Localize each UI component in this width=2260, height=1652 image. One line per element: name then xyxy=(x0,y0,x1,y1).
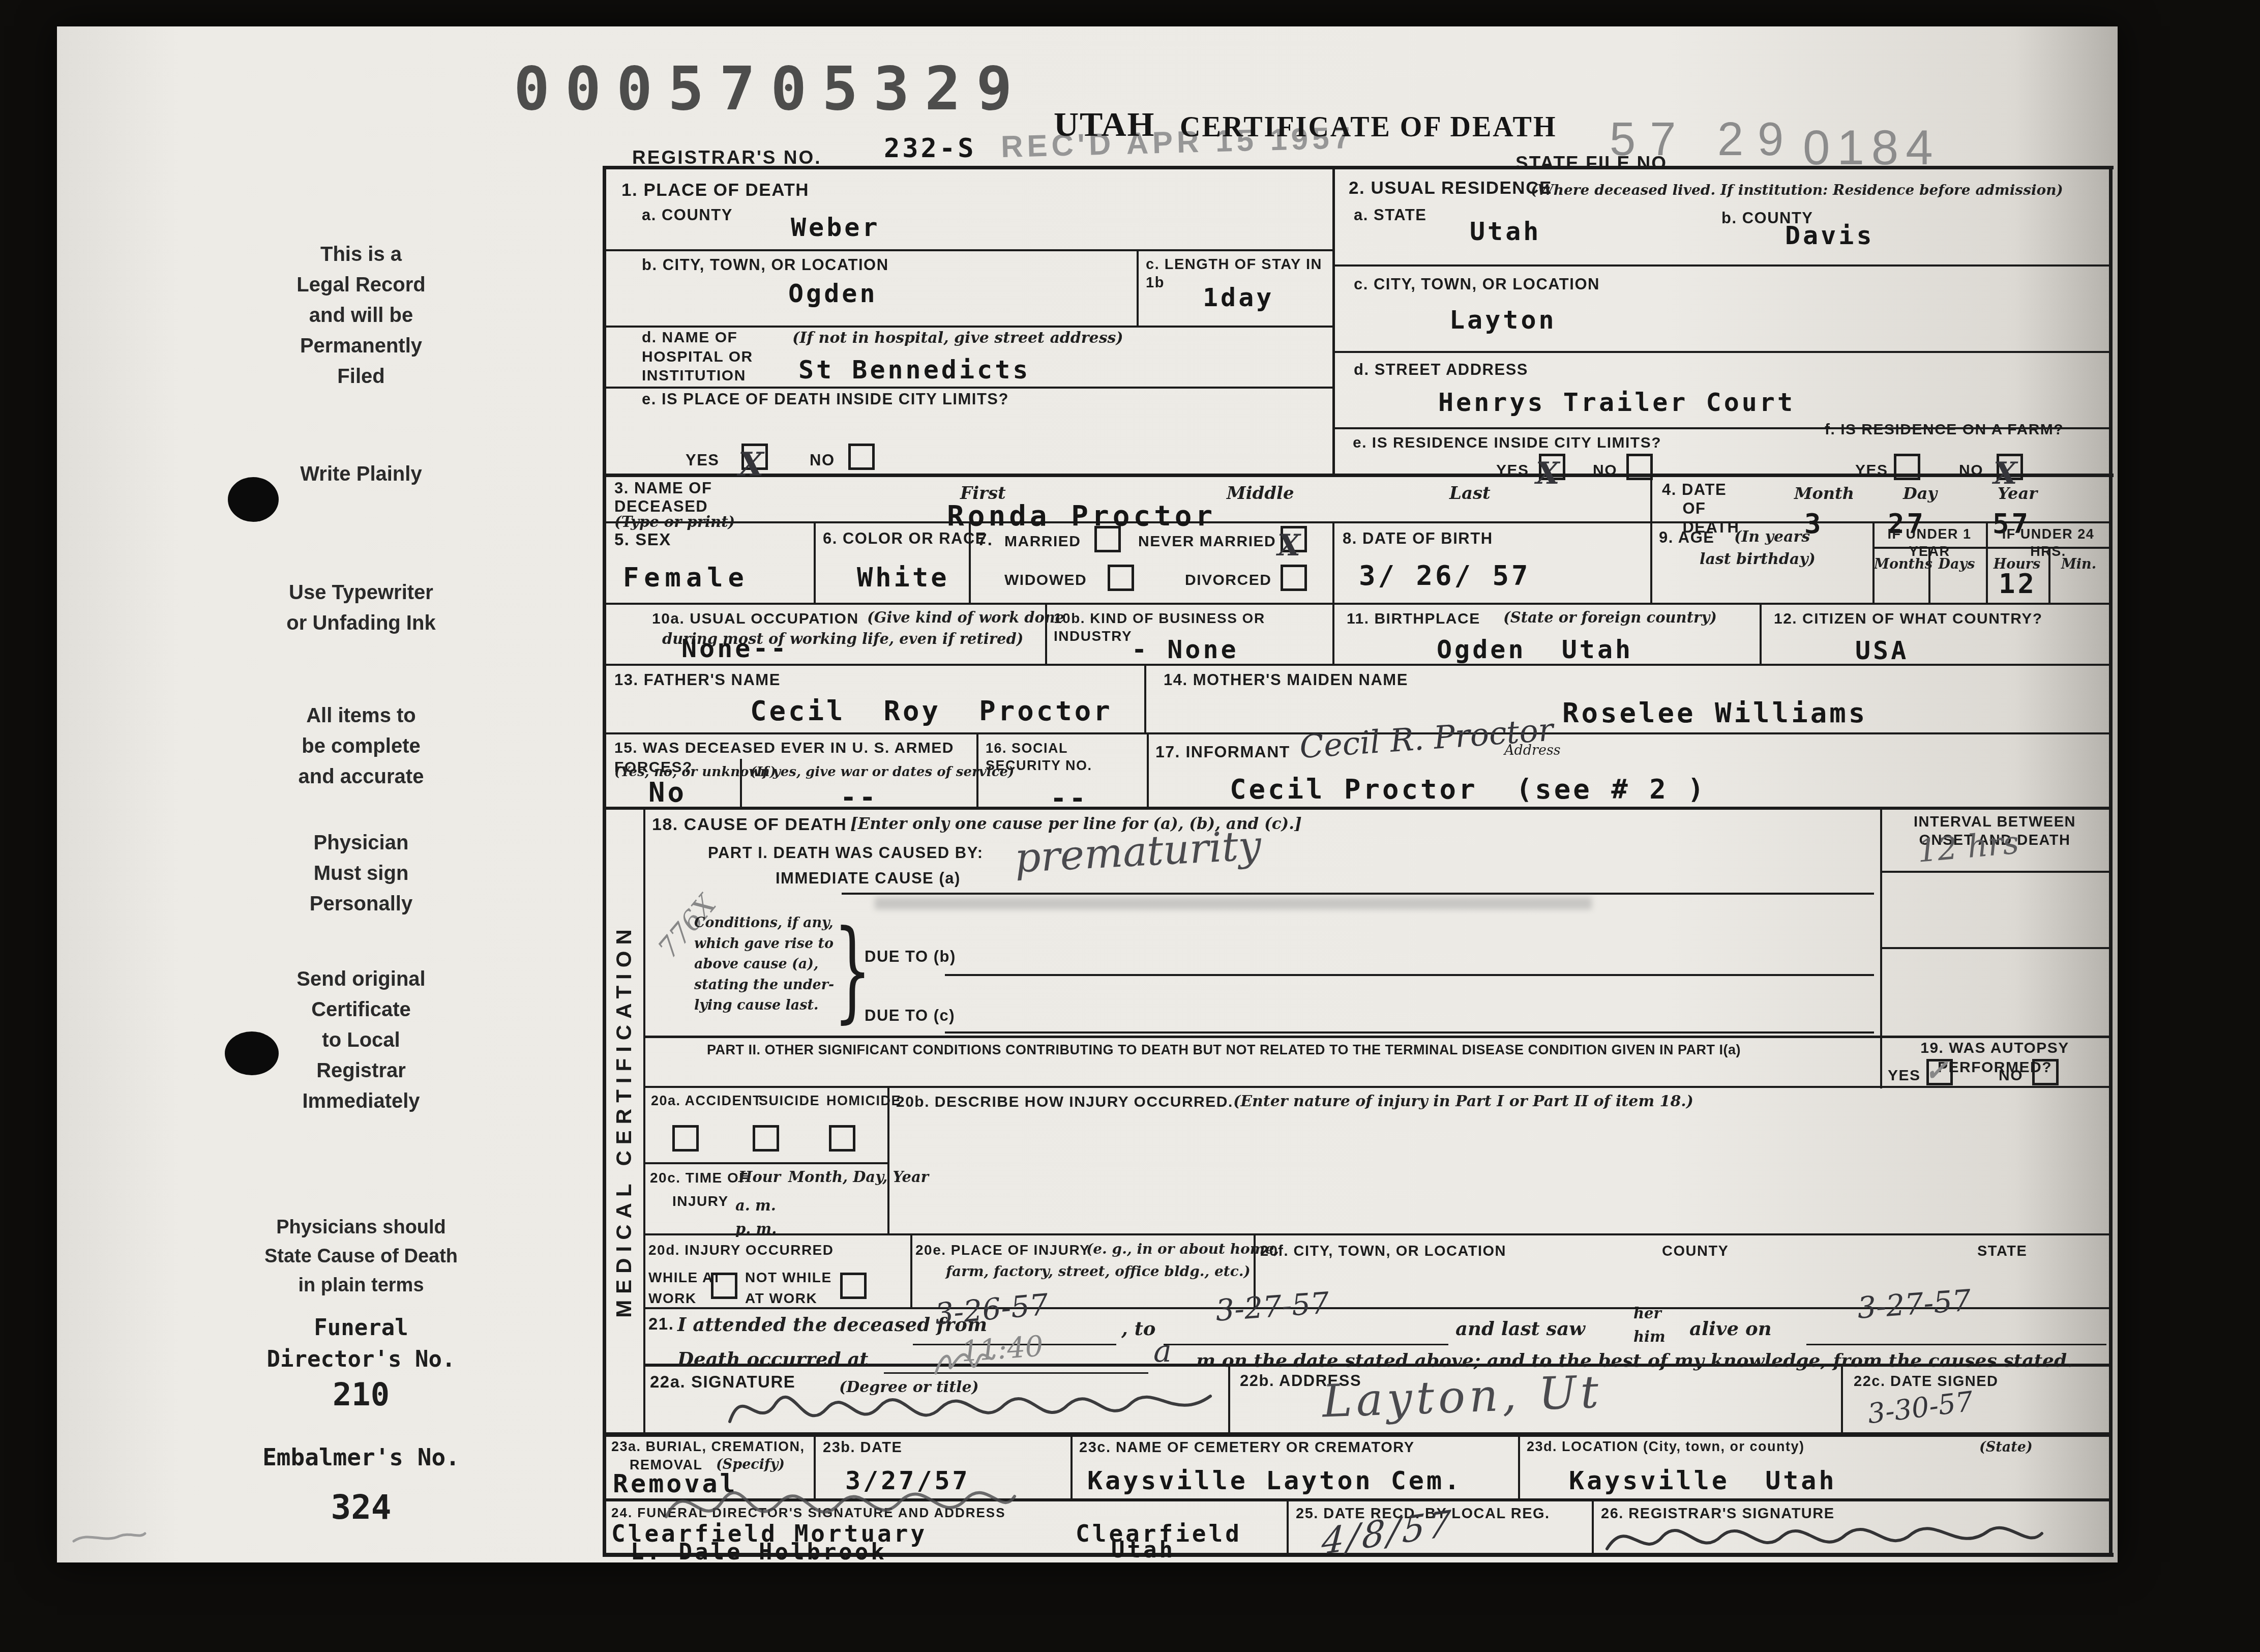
form-line xyxy=(1518,1432,1520,1500)
pencil-mark xyxy=(69,1521,150,1551)
field-4-year-label: Year xyxy=(1998,483,2037,505)
field-2d-label: d. STREET ADDRESS xyxy=(1354,360,1528,380)
field-21-him-label: him xyxy=(1633,1327,1666,1347)
registrar-no-value: 232-S xyxy=(884,133,976,164)
field-20b-hint: (Enter nature of injury in Part I or Par… xyxy=(1233,1091,1693,1111)
field-18-due-c-label: DUE TO (c) xyxy=(865,1006,955,1026)
field-12-label: 12. CITIZEN OF WHAT COUNTRY? xyxy=(1774,609,2043,629)
form-line xyxy=(603,249,1335,251)
field-11-label-hint: (State or foreign country) xyxy=(1503,608,1717,628)
field-1b-value: Ogden xyxy=(788,279,878,308)
field-1d-value: St Bennedicts xyxy=(798,355,1030,385)
field-15-value2: -- xyxy=(840,781,878,813)
field-7-divorced-label: DIVORCED xyxy=(1185,571,1271,590)
physician-signature xyxy=(722,1373,1221,1439)
embalmer-no-value: 324 xyxy=(203,1488,519,1527)
field-8-value: 3/ 26/ 57 xyxy=(1359,559,1531,592)
field-20a-homicide-checkbox xyxy=(829,1125,855,1152)
field-20c-pm-label: p. m. xyxy=(735,1220,777,1239)
field-9-months-label: Months xyxy=(1874,555,1927,573)
field-18-part2-label: PART II. OTHER SIGNIFICANT CONDITIONS CO… xyxy=(707,1042,1871,1059)
field-1d-hint: (If not in hospital, give street address… xyxy=(792,328,1123,348)
form-line xyxy=(1986,521,1988,605)
form-line xyxy=(644,1233,2110,1235)
field-21-text5: Death occurred at xyxy=(677,1347,868,1371)
field-20d-notwhile-checkbox xyxy=(840,1273,867,1299)
field-20d-notwhile-label: NOT WHILE AT WORK xyxy=(745,1267,832,1309)
field-23a-label: 23a. BURIAL, CREMATION, xyxy=(611,1438,805,1456)
field-2e-yes-mark: X xyxy=(1536,456,1560,491)
field-21-text3: and last saw xyxy=(1455,1316,1585,1341)
field-14-value: Roselee Williams xyxy=(1562,697,1867,729)
field-23b-label: 23b. DATE xyxy=(823,1438,902,1457)
margin-note-cause: Physicians should State Cause of Death i… xyxy=(168,1213,554,1300)
field-9-label-hint1: (In years xyxy=(1734,527,1810,547)
field-15-value1: No xyxy=(648,776,687,808)
form-line xyxy=(1841,1364,1843,1434)
field-18-title: 18. CAUSE OF DEATH xyxy=(652,814,847,836)
field-2f-yes-label: YES xyxy=(1855,461,1888,480)
field-1e-yes-mark: X xyxy=(738,446,764,484)
field-2e-label: e. IS RESIDENCE INSIDE CITY LIMITS? xyxy=(1353,433,1661,453)
field-7-never-married-label: NEVER MARRIED xyxy=(1138,532,1276,551)
margin-note-physician: Physician Must sign Personally xyxy=(203,828,519,919)
field-23d-value: Kaysville Utah xyxy=(1569,1466,1837,1495)
field-24-line4: Utah xyxy=(1111,1537,1175,1563)
form-line xyxy=(1880,871,2110,873)
funeral-director-no-value: 210 xyxy=(203,1376,519,1413)
stamped-control-number: 0005705329 xyxy=(514,53,1027,124)
field-18-due-b-label: DUE TO (b) xyxy=(865,947,956,967)
field-7-divorced-checkbox xyxy=(1281,565,1307,591)
page-title: CERTIFICATE OF DEATH xyxy=(1180,111,1557,143)
form-line xyxy=(814,521,816,605)
field-23c-value: Kaysville Layton Cem. xyxy=(1087,1466,1462,1495)
blank-line xyxy=(1806,1344,2106,1345)
field-7-married-label: MARRIED xyxy=(1004,532,1081,551)
cause-c-writing-line xyxy=(945,1031,1874,1034)
field-20f-county-label: COUNTY xyxy=(1662,1242,1729,1260)
field-22b-value: Layton, Ut xyxy=(1321,1365,1603,1427)
field-9-hours-value: 12 xyxy=(1999,568,2037,600)
field-20a-suicide-checkbox xyxy=(753,1125,779,1152)
field-22c-label: 22c. DATE SIGNED xyxy=(1854,1372,1999,1391)
field-2e-no-label: NO xyxy=(1593,461,1617,480)
field-2f-yes-checkbox xyxy=(1894,454,1920,480)
field-20e-label: 20e. PLACE OF INJURY xyxy=(915,1241,1090,1259)
field-19-yes-mark: ✓ xyxy=(1924,1054,1948,1087)
field-2c-label: c. CITY, TOWN, OR LOCATION xyxy=(1354,275,1600,294)
field-2-title-hint: (Where deceased lived. If institution: R… xyxy=(1531,181,2105,199)
scanned-death-certificate: 0005705329 REGISTRAR'S NO. 232-S REC'D A… xyxy=(0,0,2260,1652)
field-2d-value: Henrys Trailer Court xyxy=(1438,388,1795,417)
form-line xyxy=(1332,166,1335,476)
field-7-widowed-checkbox xyxy=(1108,565,1134,591)
death-ampm-value: a xyxy=(1153,1334,1172,1369)
field-19-no-label: NO xyxy=(1999,1066,2023,1085)
cause-a-writing-line xyxy=(842,893,1874,895)
field-18-part1-label: PART I. DEATH WAS CAUSED BY: xyxy=(708,843,983,863)
field-17-value: Cecil Proctor (see # 2 ) xyxy=(1230,773,1707,805)
field-2e-yes-label: YES xyxy=(1496,461,1529,480)
form-line xyxy=(1650,474,1652,605)
form-line xyxy=(1228,1364,1230,1434)
field-20d-while-checkbox xyxy=(711,1273,737,1299)
field-21-her-label: her xyxy=(1633,1304,1661,1323)
field-6-value: White xyxy=(857,563,949,593)
field-16-value: -- xyxy=(1050,782,1088,814)
embalmer-no-label: Embalmer's No. xyxy=(203,1443,519,1471)
field-20a-accident-checkbox xyxy=(672,1125,699,1152)
field-1a-label: a. COUNTY xyxy=(642,205,733,225)
form-line xyxy=(1592,1498,1594,1555)
medical-certification-strip: MEDICAL CERTIFICATION xyxy=(603,807,645,1434)
title-state: UTAH xyxy=(1054,104,1155,144)
field-10a-label: 10a. USUAL OCCUPATION xyxy=(652,609,859,629)
field-21-text2: , to xyxy=(1121,1316,1156,1341)
field-20c-am-label: a. m. xyxy=(735,1196,776,1216)
form-line xyxy=(1137,249,1139,328)
field-13-value: Cecil Roy Proctor xyxy=(750,695,1113,727)
field-17-address-label: Address xyxy=(1504,742,1561,759)
field-11-value: Ogden Utah xyxy=(1437,635,1633,664)
field-9-days-label: Days xyxy=(1930,555,1983,573)
field-1e-label: e. IS PLACE OF DEATH INSIDE CITY LIMITS? xyxy=(642,390,1009,409)
margin-note-write-plainly: Write Plainly xyxy=(203,459,519,489)
form-line xyxy=(603,807,2113,810)
field-20f-state-label: STATE xyxy=(1977,1242,2027,1260)
field-9-label-hint2: last birthday) xyxy=(1700,549,1816,569)
field-11-label: 11. BIRTHPLACE xyxy=(1347,609,1480,629)
field-20d-label: 20d. INJURY OCCURRED xyxy=(648,1241,834,1259)
form-line xyxy=(1332,351,2113,353)
field-20e-hint1: (e. g., in or about home, xyxy=(1086,1240,1279,1258)
field-20a-accident-label: 20a. ACCIDENT xyxy=(651,1093,762,1110)
field-1b-label: b. CITY, TOWN, OR LOCATION xyxy=(642,255,889,275)
field-2f-label: f. IS RESIDENCE ON A FARM? xyxy=(1825,420,2109,439)
margin-note-send: Send original Certificate to Local Regis… xyxy=(203,964,519,1116)
field-20c-hour-label: Hour xyxy=(738,1168,781,1187)
field-21-text4: alive on xyxy=(1689,1316,1772,1341)
field-3-title: 3. NAME OF DECEASED xyxy=(614,479,712,515)
field-18-conditions-text: Conditions, if any, which gave rise to a… xyxy=(694,913,834,1016)
field-5-label: 5. SEX xyxy=(614,529,671,550)
field-13-label: 13. FATHER'S NAME xyxy=(614,670,781,690)
form-line xyxy=(603,326,1335,328)
form-line xyxy=(603,521,2113,523)
field-1c-value: 1day xyxy=(1203,283,1274,312)
form-line xyxy=(603,387,1335,389)
field-19-no-checkbox xyxy=(2032,1059,2059,1085)
field-4-month-label: Month xyxy=(1794,483,1854,505)
field-20a-homicide-label: HOMICIDE xyxy=(826,1093,901,1110)
pencil-scribble xyxy=(931,1345,997,1381)
field-15-hint2: (If yes, give war or dates of service) xyxy=(750,764,1014,781)
field-10a-value: None-- xyxy=(681,634,789,663)
field-7-married-checkbox xyxy=(1094,526,1121,552)
form-line xyxy=(2109,166,2113,1557)
funeral-director-no-label: Funeral Director's No. xyxy=(203,1312,519,1375)
field-1e-no-label: NO xyxy=(810,451,835,470)
field-7-number: 7. xyxy=(977,529,993,550)
field-23d-state-label: (State) xyxy=(1979,1438,2033,1456)
form-line xyxy=(644,1086,2110,1088)
state-file-stamp-1: 57 29 xyxy=(1610,113,1798,166)
field-2c-value: Layton xyxy=(1449,305,1557,335)
cause-b-writing-line xyxy=(945,974,1874,976)
field-2b-value: Davis xyxy=(1785,221,1875,250)
field-14-label: 14. MOTHER'S MAIDEN NAME xyxy=(1164,670,1408,690)
margin-note-complete: All items to be complete and accurate xyxy=(203,700,519,792)
field-2-title: 2. USUAL RESIDENCE xyxy=(1349,177,1552,199)
form-line xyxy=(1147,732,1149,809)
form-line xyxy=(644,1162,889,1164)
margin-note-legal: This is a Legal Record and will be Perma… xyxy=(203,239,519,392)
form-line xyxy=(1070,1432,1073,1500)
field-20c-label1: 20c. TIME OF xyxy=(650,1169,749,1187)
field-5-value: Female xyxy=(623,563,749,593)
field-3-last-label: Last xyxy=(1449,482,1491,505)
field-10a-hint1: (Give kind of work done xyxy=(867,608,1064,628)
field-12-value: USA xyxy=(1855,636,1909,665)
form-line xyxy=(1144,664,1146,734)
field-16-label: 16. SOCIAL SECURITY NO. xyxy=(986,740,1146,775)
field-2a-label: a. STATE xyxy=(1354,205,1426,225)
medical-certification-label: MEDICAL CERTIFICATION xyxy=(612,923,636,1317)
field-19-yes-label: YES xyxy=(1888,1066,1921,1085)
field-2a-value: Utah xyxy=(1470,217,1541,246)
form-line xyxy=(1760,603,1762,666)
field-20b-label: 20b. DESCRIBE HOW INJURY OCCURRED. xyxy=(896,1093,1233,1112)
field-23c-label: 23c. NAME OF CEMETERY OR CREMATORY xyxy=(1079,1438,1415,1457)
field-17-label: 17. INFORMANT xyxy=(1155,742,1290,762)
field-21-number: 21. xyxy=(648,1313,674,1334)
field-23d-label: 23d. LOCATION (City, town, or county) xyxy=(1527,1438,1804,1456)
field-4-day-label: Day xyxy=(1903,483,1937,505)
field-20a-suicide-label: SUICIDE xyxy=(759,1093,820,1110)
field-7-widowed-label: WIDOWED xyxy=(1004,571,1087,590)
form-line xyxy=(603,166,2114,169)
field-1e-yes-label: YES xyxy=(686,451,720,470)
field-20c-mdy-label: Month, Day, Year xyxy=(788,1168,929,1187)
field-1d-label: d. NAME OF HOSPITAL OR INSTITUTION xyxy=(642,328,753,386)
field-2f-no-label: NO xyxy=(1959,461,1983,480)
form-line xyxy=(1332,521,1334,666)
field-1e-no-checkbox xyxy=(848,444,875,470)
field-8-label: 8. DATE OF BIRTH xyxy=(1343,529,1493,549)
field-20c-label2: INJURY xyxy=(672,1192,729,1210)
form-line xyxy=(910,1233,912,1309)
field-3-value: Ronda Proctor xyxy=(947,499,1216,533)
field-18-immediate-label: IMMEDIATE CAUSE (a) xyxy=(776,869,961,889)
field-20e-hint2: farm, factory, street, office bldg., etc… xyxy=(946,1262,1251,1281)
field-20f-label: 20f. CITY, TOWN, OR LOCATION xyxy=(1260,1242,1506,1260)
field-1a-value: Weber xyxy=(791,213,880,242)
field-9-label: 9. AGE xyxy=(1659,528,1715,548)
registrar-signature xyxy=(1602,1513,2049,1564)
field-6-label: 6. COLOR OR RACE xyxy=(823,529,987,549)
field-21-text6: m on the date stated above; and to the b… xyxy=(1196,1349,2073,1373)
form-line xyxy=(1287,1498,1289,1555)
form-line xyxy=(603,603,2113,605)
field-1-title: 1. PLACE OF DEATH xyxy=(621,179,809,201)
form-line xyxy=(1332,264,2113,267)
field-7-never-married-mark: X xyxy=(1277,528,1300,563)
margin-note-typewriter: Use Typewriter or Unfading Ink xyxy=(193,577,529,638)
form-line xyxy=(644,1036,2110,1038)
form-line xyxy=(1880,947,2110,949)
field-9-min-label: Min. xyxy=(2049,555,2108,573)
pencil-smear xyxy=(875,897,1592,909)
funeral-director-signature xyxy=(656,1456,1022,1552)
blank-line xyxy=(1164,1344,1448,1345)
field-10b-value: - None xyxy=(1132,635,1239,664)
field-3-middle-label: Middle xyxy=(1227,482,1294,505)
field-2e-no-checkbox xyxy=(1626,454,1653,480)
